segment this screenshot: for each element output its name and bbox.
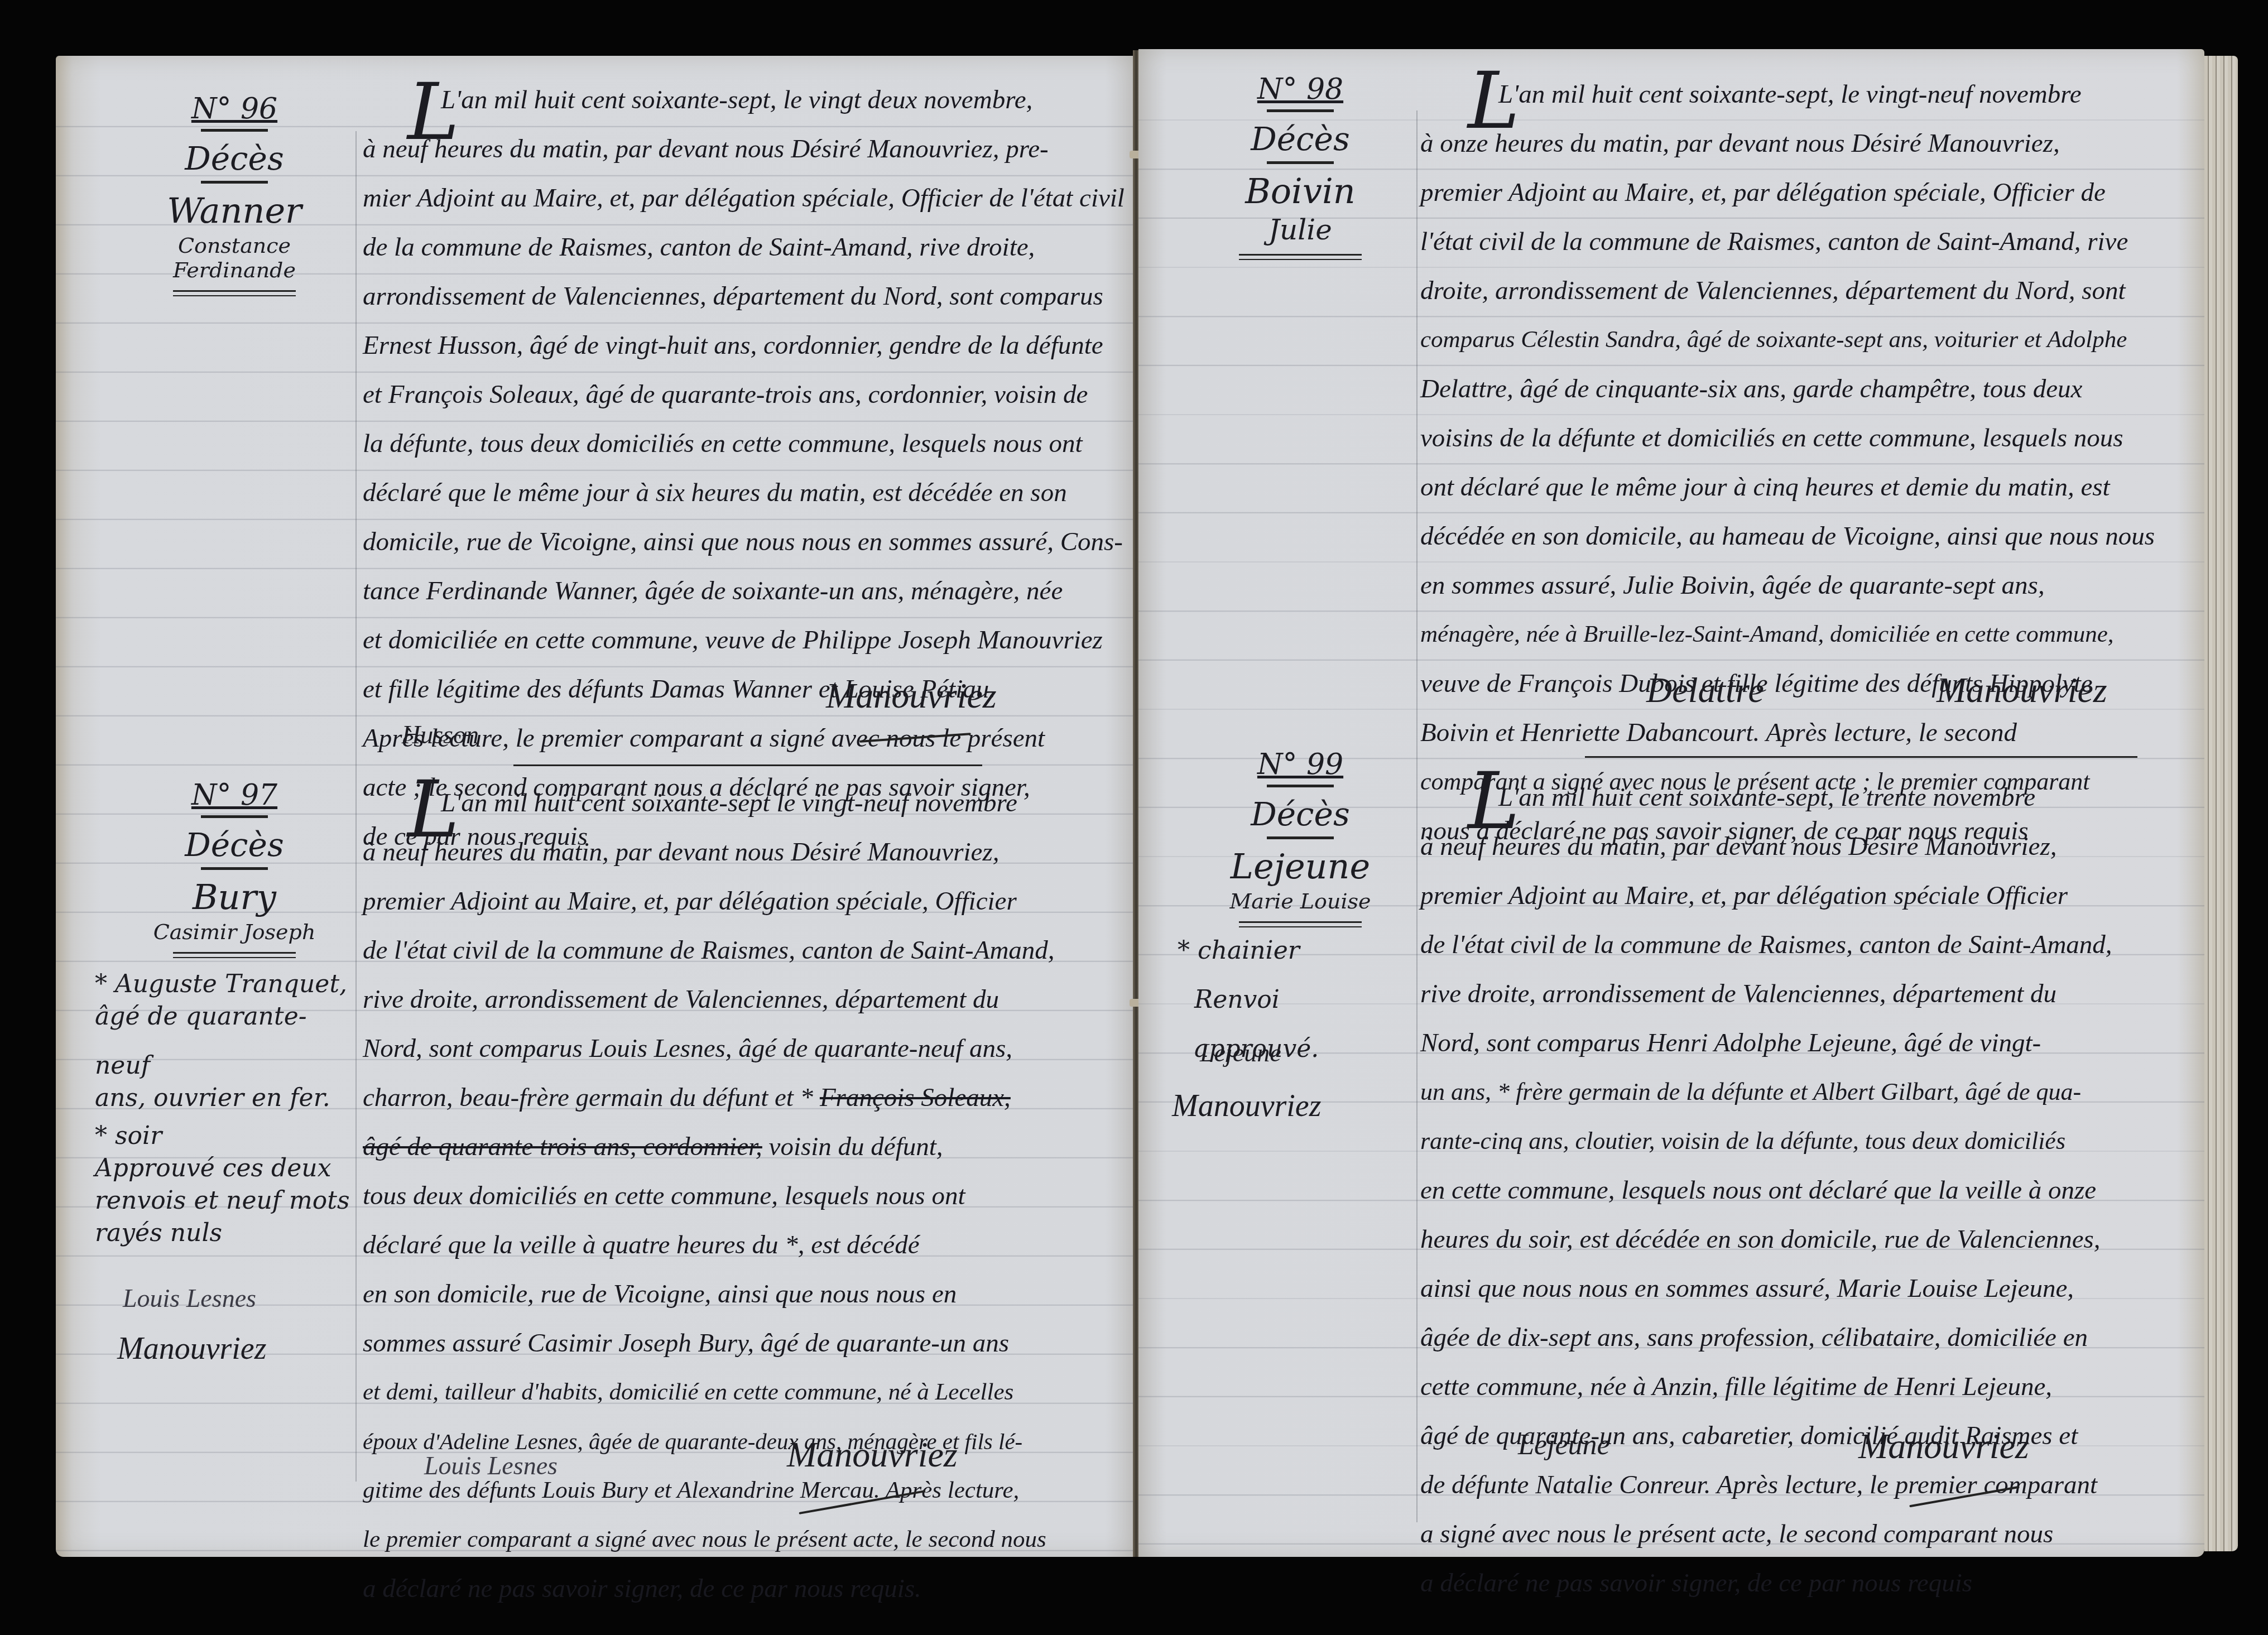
act-line: Nord, sont comparus Henri Adolphe Lejeun… (1420, 1018, 2202, 1067)
act-line: a déclaré ne pas savoir signer, de ce pa… (1420, 1559, 2202, 1608)
act-line: ainsi que nous nous en sommes assuré, Ma… (1420, 1264, 2202, 1313)
act-line: à neuf heures du matin, par devant nous … (363, 124, 1127, 174)
margin-signature-lesnes: Louis Lesnes (123, 1283, 256, 1313)
act-line: premier Adjoint au Maire, et, par déléga… (363, 877, 1127, 926)
act-line: ont déclaré que le même jour à cinq heur… (1420, 463, 2202, 512)
entry-number: N° 97 (128, 778, 340, 818)
margin-signature-manouvriez: Manouvriez (117, 1331, 267, 1367)
act-line: et fille légitime des défunts Damas Wann… (363, 665, 1127, 714)
act-line: ménagère, née à Bruille-lez-Saint-Amand,… (1420, 610, 2202, 659)
act-text-98: L'an mil huit cent soixante-sept, le vin… (1420, 70, 2202, 855)
act-line: à neuf heures du matin, par devant nous … (1420, 822, 2202, 871)
act-line: rive droite, arrondissement de Valencien… (1420, 969, 2202, 1018)
act-line: premier Adjoint au Maire, et, par déléga… (1420, 168, 2202, 217)
deceased-surname: Lejeune (1200, 846, 1401, 887)
entry-type: Décès (128, 826, 340, 870)
act-line: sommes assuré Casimir Joseph Bury, âgé d… (363, 1319, 1127, 1368)
act-line: tance Ferdinande Wanner, âgée de soixant… (363, 566, 1127, 615)
act-line: décédée en son domicile, au hameau de Vi… (1420, 512, 2202, 561)
act-line: cette commune, née à Anzin, fille légiti… (1420, 1362, 2202, 1411)
act-line: un ans, * frère germain de la défunte et… (1420, 1067, 2202, 1117)
signature-manouvriez: Manouvriez (1937, 670, 2107, 711)
margin-notes-97: * Auguste Tranquet, âgé de quarante-neuf… (95, 960, 352, 1258)
entry-type: Décès (128, 140, 340, 184)
signature-husson: Husson (402, 720, 479, 749)
act-line: l'état civil de la commune de Raismes, c… (1420, 217, 2202, 266)
signature-louis-lesnes: Louis Lesnes (424, 1451, 558, 1480)
act-line: voisins de la défunte et domiciliés en c… (1420, 413, 2202, 463)
margin-rule (1416, 110, 1417, 1522)
act-text-97: L'an mil huit cent soixante-sept le ving… (363, 778, 1127, 1613)
act-line: et demi, tailleur d'habits, domicilié en… (363, 1368, 1127, 1417)
entry-type: Décès (1200, 120, 1401, 164)
entry-number: N° 96 (128, 92, 340, 132)
act-line: L'an mil huit cent soixante-sept, le tre… (1420, 773, 2202, 822)
act-line: premier Adjoint au Maire, et, par déléga… (1420, 871, 2202, 920)
act-line: a signé avec nous le présent acte, le se… (1420, 1509, 2202, 1559)
act-line: charron, beau-frère germain du défunt et… (363, 1073, 1127, 1122)
act-line: le premier comparant a signé avec nous l… (363, 1515, 1127, 1564)
act-line: Boivin et Henriette Dabancourt. Après le… (1420, 708, 2202, 757)
struck-text: âgé de quarante trois ans, cordonnier, (363, 1132, 762, 1161)
deceased-given-names: Marie Louise (1200, 889, 1401, 927)
act-line: âgée de dix-sept ans, sans profession, c… (1420, 1313, 2202, 1362)
entry-margin-98: N° 98 Décès Boivin Julie (1200, 73, 1401, 260)
act-line: de défunte Natalie Conreur. Après lectur… (1420, 1460, 2202, 1509)
deceased-given-names: Julie (1200, 214, 1401, 260)
act-line: L'an mil huit cent soixante-sept, le vin… (363, 75, 1127, 124)
deceased-surname: Boivin (1200, 171, 1401, 211)
act-line: droite, arrondissement de Valenciennes, … (1420, 266, 2202, 315)
margin-note: * chainier (1178, 926, 1412, 975)
act-line: arrondissement de Valenciennes, départem… (363, 272, 1127, 321)
act-line: à onze heures du matin, par devant nous … (1420, 119, 2202, 168)
act-line: heures du soir, est décédée en son domic… (1420, 1215, 2202, 1264)
entry-type: Décès (1200, 795, 1401, 839)
act-line: comparus Célestin Sandra, âgé de soixant… (1420, 315, 2202, 364)
act-line: tous deux domiciliés en cette commune, l… (363, 1171, 1127, 1220)
entry-number: N° 99 (1200, 748, 1401, 787)
act-line: en son domicile, rue de Vicoigne, ainsi … (363, 1269, 1127, 1319)
signature-manouvriez: Manouvriez (787, 1434, 958, 1475)
deceased-given-names: Constance Ferdinande (128, 233, 340, 296)
signature-lejeune: Lejeune (1518, 1429, 1610, 1461)
act-line: Nord, sont comparus Louis Lesnes, âgé de… (363, 1024, 1127, 1073)
act-line: Delattre, âgé de cinquante-six ans, gard… (1420, 364, 2202, 413)
act-line: la défunte, tous deux domiciliés en cett… (363, 419, 1127, 468)
margin-rule (355, 131, 357, 1482)
struck-text: François Soleaux, (820, 1083, 1011, 1112)
act-text-99: L'an mil huit cent soixante-sept, le tre… (1420, 773, 2202, 1608)
act-line: âgé de quarante trois ans, cordonnier, v… (363, 1122, 1127, 1171)
entry-separator (513, 764, 982, 766)
act-line: a déclaré ne pas savoir signer, de ce pa… (363, 1564, 1127, 1613)
entry-margin-96: N° 96 Décès Wanner Constance Ferdinande (128, 92, 340, 296)
margin-signature-manouvriez: Manouvriez (1172, 1088, 1322, 1124)
act-line: déclaré que le même jour à six heures du… (363, 468, 1127, 517)
act-line: L'an mil huit cent soixante-sept, le vin… (1420, 70, 2202, 119)
act-line: en cette commune, lesquels nous ont décl… (1420, 1166, 2202, 1215)
act-line: L'an mil huit cent soixante-sept le ving… (363, 778, 1127, 828)
deceased-surname: Wanner (128, 190, 340, 231)
act-line: et domiciliée en cette commune, veuve de… (363, 615, 1127, 665)
deceased-surname: Bury (128, 877, 340, 917)
act-line: mier Adjoint au Maire, et, par délégatio… (363, 174, 1127, 223)
deceased-given-names: Casimir Joseph (128, 920, 340, 958)
entry-separator (1585, 756, 2137, 758)
page-edges (2204, 56, 2238, 1551)
signature-manouvriez: Manouvriez (1858, 1426, 2029, 1467)
margin-signature-lejeune: Lejeune (1200, 1038, 1281, 1067)
act-line: de l'état civil de la commune de Raismes… (363, 926, 1127, 975)
entry-margin-97: N° 97 Décès Bury Casimir Joseph (128, 778, 340, 958)
signature-delattre: Delattre (1646, 670, 1764, 711)
act-line: et François Soleaux, âgé de quarante-tro… (363, 370, 1127, 419)
act-line: déclaré que la veille à quatre heures du… (363, 1220, 1127, 1269)
act-line: en sommes assuré, Julie Boivin, âgée de … (1420, 561, 2202, 610)
entry-number: N° 98 (1200, 73, 1401, 112)
entry-margin-99: N° 99 Décès Lejeune Marie Louise (1200, 748, 1401, 927)
act-line: à neuf heures du matin, par devant nous … (363, 828, 1127, 877)
act-line: rante-cinq ans, cloutier, voisin de la d… (1420, 1117, 2202, 1166)
act-line: rive droite, arrondissement de Valencien… (363, 975, 1127, 1024)
signature-manouvriez: Manouvriez (826, 675, 997, 716)
act-line: de l'état civil de la commune de Raismes… (1420, 920, 2202, 969)
act-line: Ernest Husson, âgé de vingt-huit ans, co… (363, 321, 1127, 370)
act-line: domicile, rue de Vicoigne, ainsi que nou… (363, 517, 1127, 566)
act-line: de la commune de Raismes, canton de Sain… (363, 223, 1127, 272)
